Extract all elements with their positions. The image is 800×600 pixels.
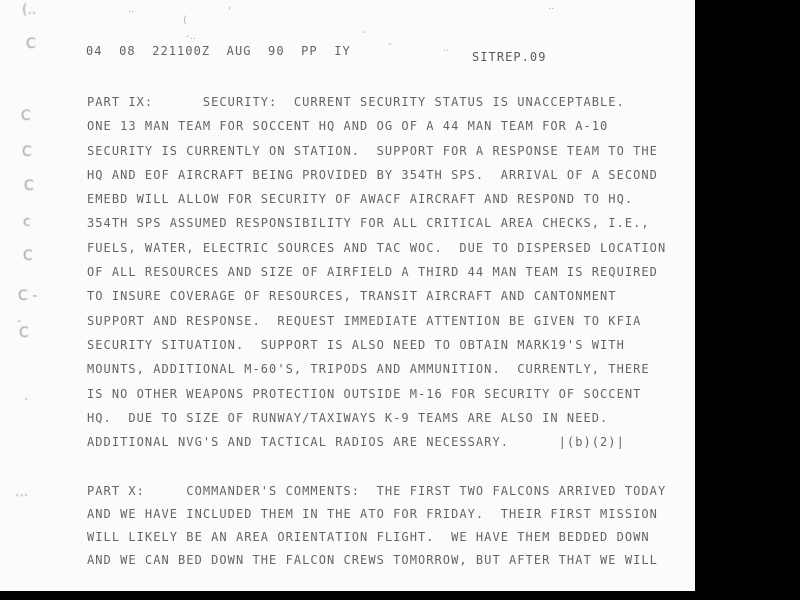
- text-line: HQ. DUE TO SIZE OF RUNWAY/TAXIWAYS K-9 T…: [87, 406, 666, 430]
- scan-speck: -: [388, 39, 392, 50]
- binder-hole-mark: C: [21, 108, 31, 124]
- header-sitrep-number: SITREP.09: [472, 50, 546, 64]
- binder-hole-mark: C: [26, 36, 36, 52]
- header-date-time-group: 04 08 221100Z AUG 90 PP IY: [86, 44, 351, 58]
- binder-hole-mark: C: [24, 178, 34, 194]
- part-ix-security-paragraph: PART IX: SECURITY: CURRENT SECURITY STAT…: [87, 90, 666, 454]
- binder-hole-mark: ...: [15, 484, 28, 500]
- part-x-commanders-comments-paragraph: PART X: COMMANDER'S COMMENTS: THE FIRST …: [87, 480, 666, 572]
- scan-speck: ..: [548, 1, 554, 12]
- text-line: ONE 13 MAN TEAM FOR SOCCENT HQ AND OG OF…: [87, 114, 666, 138]
- scanned-sitrep-document: 04 08 221100Z AUG 90 PP IY SITREP.09 PAR…: [0, 0, 800, 600]
- binder-hole-mark: c: [23, 214, 31, 230]
- binder-hole-mark: C: [22, 144, 32, 160]
- text-line: PART IX: SECURITY: CURRENT SECURITY STAT…: [87, 90, 666, 114]
- text-line: AND WE CAN BED DOWN THE FALCON CREWS TOM…: [87, 549, 666, 572]
- text-line: MOUNTS, ADDITIONAL M-60'S, TRIPODS AND A…: [87, 357, 666, 381]
- binder-hole-mark: C: [19, 325, 29, 341]
- binder-hole-mark: C: [23, 248, 33, 264]
- text-line: ADDITIONAL NVG'S AND TACTICAL RADIOS ARE…: [87, 430, 666, 454]
- scan-speck: -..: [186, 31, 196, 42]
- text-line: IS NO OTHER WEAPONS PROTECTION OUTSIDE M…: [87, 382, 666, 406]
- binder-hole-mark: .: [24, 388, 28, 404]
- scan-speck: ..: [128, 4, 134, 15]
- text-line: SECURITY SITUATION. SUPPORT IS ALSO NEED…: [87, 333, 666, 357]
- text-line: HQ AND EOF AIRCRAFT BEING PROVIDED BY 35…: [87, 163, 666, 187]
- right-scan-border: [695, 0, 800, 600]
- scan-speck: (: [183, 15, 187, 26]
- binder-hole-mark: .: [17, 310, 21, 326]
- text-line: FUELS, WATER, ELECTRIC SOURCES AND TAC W…: [87, 236, 666, 260]
- text-line: SECURITY IS CURRENTLY ON STATION. SUPPOR…: [87, 139, 666, 163]
- binder-hole-mark: (..: [22, 2, 36, 18]
- text-line: 354TH SPS ASSUMED RESPONSIBILITY FOR ALL…: [87, 211, 666, 235]
- text-line: PART X: COMMANDER'S COMMENTS: THE FIRST …: [87, 480, 666, 503]
- binder-hole-mark: C -: [18, 288, 37, 304]
- scan-speck: ': [228, 6, 231, 17]
- bottom-scan-border: [0, 591, 800, 600]
- text-line: WILL LIKELY BE AN AREA ORIENTATION FLIGH…: [87, 526, 666, 549]
- text-line: AND WE HAVE INCLUDED THEM IN THE ATO FOR…: [87, 503, 666, 526]
- scan-speck: -: [362, 27, 366, 38]
- text-line: TO INSURE COVERAGE OF RESOURCES, TRANSIT…: [87, 284, 666, 308]
- text-line: SUPPORT AND RESPONSE. REQUEST IMMEDIATE …: [87, 309, 666, 333]
- text-line: OF ALL RESOURCES AND SIZE OF AIRFIELD A …: [87, 260, 666, 284]
- text-line: EMEBD WILL ALLOW FOR SECURITY OF AWACF A…: [87, 187, 666, 211]
- scan-speck: ..: [443, 43, 449, 54]
